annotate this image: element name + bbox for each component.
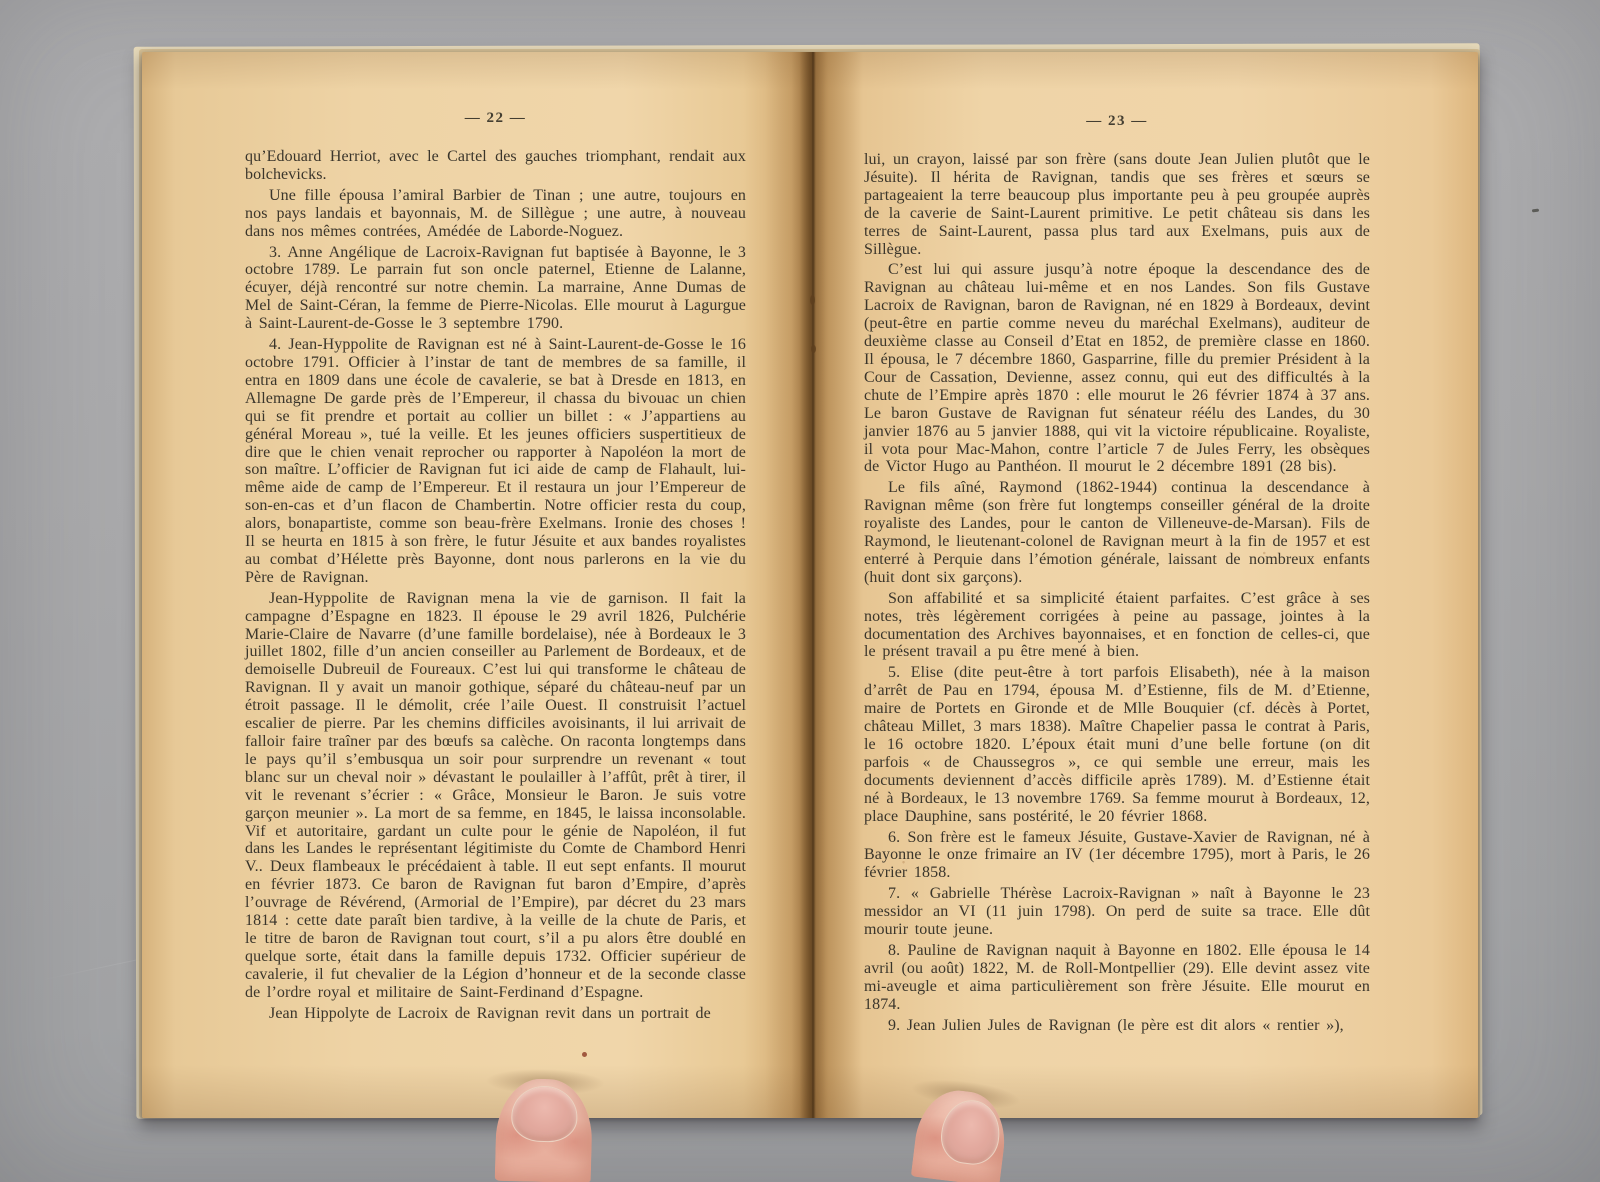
paragraph: 3. Anne Angélique de Lacroix-Ravignan fu… [245, 244, 746, 334]
gutter-nick [810, 295, 815, 305]
book-gutter [765, 52, 861, 1118]
left-finger [495, 1078, 594, 1182]
paragraph: Son affabilité et sa simplicité étaient … [864, 590, 1370, 662]
open-booklet: — 22 — qu’Edouard Herriot, avec le Carte… [142, 52, 1478, 1118]
paragraph: qu’Edouard Herriot, avec le Cartel des g… [245, 148, 746, 184]
paragraph: 5. Elise (dite peut-être à tort parfois … [864, 664, 1370, 825]
paragraph: 9. Jean Julien Jules de Ravignan (le pèr… [864, 1017, 1370, 1035]
page-number-22: — 22 — [245, 110, 746, 127]
paragraph: lui, un crayon, laissé par son frère (sa… [864, 151, 1370, 258]
right-finger [911, 1086, 1010, 1182]
page-23: — 23 — lui, un crayon, laissé par son fr… [864, 113, 1370, 1038]
paragraph: 4. Jean-Hyppolite de Ravignan est né à S… [245, 336, 746, 587]
paragraph: 6. Son frère est le fameux Jésuite, Gust… [864, 829, 1370, 883]
paragraph: 8. Pauline de Ravignan naquit à Bayonne … [864, 942, 1370, 1014]
gutter-nick [811, 345, 816, 353]
paper-speck [582, 1052, 587, 1057]
paragraph: Jean Hippolyte de Lacroix de Ravignan re… [245, 1005, 746, 1023]
paragraph: Jean-Hyppolite de Ravignan mena la vie d… [245, 590, 746, 1002]
paragraph: C’est lui qui assure jusqu’à notre époqu… [864, 261, 1370, 476]
paragraph: Une fille épousa l’amiral Barbier de Tin… [245, 187, 746, 241]
paragraph: 7. « Gabrielle Thérèse Lacroix-Ravignan … [864, 885, 1370, 939]
paragraph: Le fils aîné, Raymond (1862-1944) contin… [864, 479, 1370, 586]
page-number-23: — 23 — [864, 113, 1370, 130]
page-22: — 22 — qu’Edouard Herriot, avec le Carte… [245, 110, 746, 1026]
